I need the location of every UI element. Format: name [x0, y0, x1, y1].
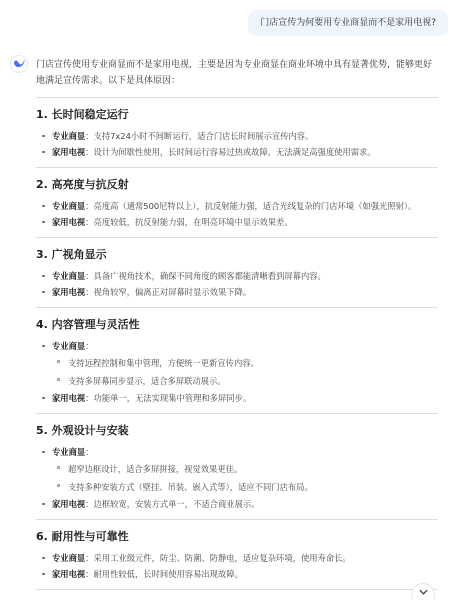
list-item: 专业商显：支持7x24小时不间断运行，适合门店长时间展示宣传内容。 [36, 129, 438, 145]
section-5: 5. 外观设计与安装专业商显：超窄边框设计，适合多屏拼接，视觉效果更佳。支持多种… [36, 414, 438, 519]
intro-paragraph: 门店宣传使用专业商显而不是家用电视，主要是因为专业商显在商业环境中具有显著优势，… [36, 55, 438, 89]
item-separator: ： [85, 271, 93, 281]
assistant-avatar [10, 55, 28, 73]
item-label: 专业商显 [52, 271, 85, 281]
section-6: 6. 耐用性与可靠性专业商显：采用工业级元件，防尘、防潮、防静电，适应复杂环境，… [36, 520, 438, 589]
section-divider [36, 589, 438, 590]
item-label: 家用电视 [52, 569, 85, 579]
item-label: 家用电视 [52, 499, 85, 509]
section-2: 2. 高亮度与抗反射专业商显：亮度高（通常500尼特以上），抗反射能力强，适合光… [36, 168, 438, 237]
sub-list: 支持远程控制和集中管理，方便统一更新宣传内容。支持多屏幕同步显示，适合多屏联动展… [36, 355, 438, 391]
section-title: 5. 外观设计与安装 [36, 423, 438, 439]
comparison-list: 专业商显：采用工业级元件，防尘、防潮、防静电，适应复杂环境，使用寿命长。家用电视… [36, 551, 438, 583]
sub-list-item: 超窄边框设计，适合多屏拼接，视觉效果更佳。 [36, 461, 438, 479]
item-label: 家用电视 [52, 217, 85, 227]
list-item: 专业商显：亮度高（通常500尼特以上），抗反射能力强，适合光线复杂的门店环境（如… [36, 199, 438, 215]
item-text: 支持7x24小时不间断运行，适合门店长时间展示宣传内容。 [94, 131, 314, 141]
item-separator: ： [85, 569, 93, 579]
item-separator: ： [85, 447, 93, 457]
list-item: 专业商显：采用工业级元件，防尘、防潮、防静电，适应复杂环境，使用寿命长。 [36, 551, 438, 567]
section-4: 4. 内容管理与灵活性专业商显：支持远程控制和集中管理，方便统一更新宣传内容。支… [36, 308, 438, 413]
sub-list-container: 支持远程控制和集中管理，方便统一更新宣传内容。支持多屏幕同步显示，适合多屏联动展… [36, 355, 438, 391]
whale-logo-icon [13, 59, 25, 69]
chat-page: 门店宣传为何要用专业商显而不是家用电视? 门店宣传使用专业商显而不是家用电视，主… [0, 0, 468, 600]
item-separator: ： [85, 499, 93, 509]
item-text: 亮度高（通常500尼特以上），抗反射能力强，适合光线复杂的门店环境（如强光照射）… [94, 201, 417, 211]
sub-list-item: 支持远程控制和集中管理，方便统一更新宣传内容。 [36, 355, 438, 373]
list-item: 家用电视：功能单一，无法实现集中管理和多屏同步。 [36, 391, 438, 407]
item-text: 设计为间歇性使用，长时间运行容易过热或故障，无法满足高强度使用需求。 [94, 147, 376, 157]
section-title: 2. 高亮度与抗反射 [36, 177, 438, 193]
item-separator: ： [85, 341, 93, 351]
sub-list-item: 支持多屏幕同步显示，适合多屏联动展示。 [36, 373, 438, 391]
comparison-list: 专业商显：支持远程控制和集中管理，方便统一更新宣传内容。支持多屏幕同步显示，适合… [36, 339, 438, 407]
item-separator: ： [85, 553, 93, 563]
comparison-list: 专业商显：亮度高（通常500尼特以上），抗反射能力强，适合光线复杂的门店环境（如… [36, 199, 438, 231]
list-item: 专业商显： [36, 339, 438, 355]
item-text: 耐用性较低，长时间使用容易出现故障。 [94, 569, 243, 579]
item-label: 专业商显 [52, 131, 85, 141]
list-item: 家用电视：设计为间歇性使用，长时间运行容易过热或故障，无法满足高强度使用需求。 [36, 145, 438, 161]
item-text: 功能单一，无法实现集中管理和多屏同步。 [94, 393, 252, 403]
item-label: 专业商显 [52, 201, 85, 211]
item-separator: ： [85, 201, 93, 211]
comparison-list: 专业商显：具备广视角技术，确保不同角度的顾客都能清晰看到屏幕内容。家用电视：视角… [36, 269, 438, 301]
list-item: 家用电视：耐用性较低，长时间使用容易出现故障。 [36, 567, 438, 583]
item-label: 专业商显 [52, 553, 85, 563]
assistant-content: 门店宣传使用专业商显而不是家用电视，主要是因为专业商显在商业环境中具有显著优势，… [36, 55, 438, 590]
item-separator: ： [85, 131, 93, 141]
item-text: 边框较宽，安装方式单一，不适合商业展示。 [94, 499, 260, 509]
user-message-row: 门店宣传为何要用专业商显而不是家用电视? [248, 10, 448, 36]
chevron-down-icon [419, 589, 428, 595]
item-label: 专业商显 [52, 447, 85, 457]
item-label: 家用电视 [52, 147, 85, 157]
item-separator: ： [85, 393, 93, 403]
comparison-list: 专业商显：支持7x24小时不间断运行，适合门店长时间展示宣传内容。家用电视：设计… [36, 129, 438, 161]
item-label: 专业商显 [52, 341, 85, 351]
item-separator: ： [85, 287, 93, 297]
item-text: 采用工业级元件，防尘、防潮、防静电，适应复杂环境，使用寿命长。 [94, 553, 351, 563]
sub-list: 超窄边框设计，适合多屏拼接，视觉效果更佳。支持多种安装方式（壁挂、吊装、嵌入式等… [36, 461, 438, 497]
list-item: 家用电视：边框较宽，安装方式单一，不适合商业展示。 [36, 497, 438, 513]
item-text: 亮度较低，抗反射能力弱，在明亮环境中显示效果差。 [94, 217, 293, 227]
item-label: 家用电视 [52, 287, 85, 297]
section-1: 1. 长时间稳定运行专业商显：支持7x24小时不间断运行，适合门店长时间展示宣传… [36, 98, 438, 167]
item-text: 视角较窄，偏离正对屏幕时显示效果下降。 [94, 287, 252, 297]
comparison-list: 专业商显：超窄边框设计，适合多屏拼接，视觉效果更佳。支持多种安装方式（壁挂、吊装… [36, 445, 438, 513]
list-item: 专业商显： [36, 445, 438, 461]
sub-list-item: 支持多种安装方式（壁挂、吊装、嵌入式等），适应不同门店布局。 [36, 479, 438, 497]
section-3: 3. 广视角显示专业商显：具备广视角技术，确保不同角度的顾客都能清晰看到屏幕内容… [36, 238, 438, 307]
item-separator: ： [85, 217, 93, 227]
section-title: 3. 广视角显示 [36, 247, 438, 263]
sub-list-container: 超窄边框设计，适合多屏拼接，视觉效果更佳。支持多种安装方式（壁挂、吊装、嵌入式等… [36, 461, 438, 497]
item-label: 家用电视 [52, 393, 85, 403]
list-item: 家用电视：视角较窄，偏离正对屏幕时显示效果下降。 [36, 285, 438, 301]
user-message-bubble: 门店宣传为何要用专业商显而不是家用电视? [248, 10, 448, 36]
section-title: 1. 长时间稳定运行 [36, 107, 438, 123]
item-separator: ： [85, 147, 93, 157]
list-item: 专业商显：具备广视角技术，确保不同角度的顾客都能清晰看到屏幕内容。 [36, 269, 438, 285]
section-title: 4. 内容管理与灵活性 [36, 317, 438, 333]
item-text: 具备广视角技术，确保不同角度的顾客都能清晰看到屏幕内容。 [94, 271, 326, 281]
scroll-to-bottom-button[interactable] [411, 583, 435, 600]
section-title: 6. 耐用性与可靠性 [36, 529, 438, 545]
list-item: 家用电视：亮度较低，抗反射能力弱，在明亮环境中显示效果差。 [36, 215, 438, 231]
